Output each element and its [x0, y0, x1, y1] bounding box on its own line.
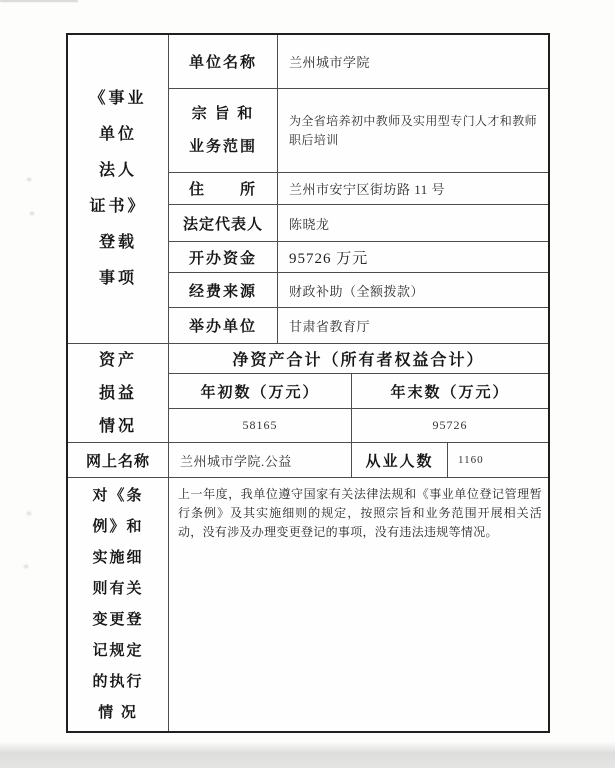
- year-end-value: 95726: [352, 409, 548, 443]
- funding-source-value: 财政补助（全额拨款）: [278, 273, 548, 308]
- purpose-value: 为全省培养初中教师及实用型专门人才和教师职后培训: [278, 89, 548, 173]
- unit-name-label: 单位名称: [169, 35, 278, 89]
- scan-smudge: [27, 512, 31, 515]
- year-end-header: 年末数（万元）: [352, 374, 548, 409]
- sponsor-unit-value: 甘肃省教育厅: [278, 308, 548, 344]
- sponsor-unit-label: 举办单位: [169, 308, 278, 344]
- scan-edge-artifact: [0, 0, 78, 2]
- staff-count-label: 从业人数: [352, 443, 448, 478]
- compliance-statement: 上一年度，我单位遵守国家有关法律法规和《事业单位登记管理暂行条例》及其实施细则的…: [169, 478, 548, 731]
- certificate-section-label: 《事业 单位 法人 证书》 登载 事项: [68, 35, 169, 344]
- unit-name-value: 兰州城市学院: [278, 35, 548, 89]
- scan-smudge: [24, 565, 28, 568]
- year-begin-value: 58165: [169, 409, 352, 443]
- founding-capital-label: 开办资金: [169, 242, 278, 273]
- scan-shadow-bottom: [0, 741, 615, 768]
- legal-representative-label: 法定代表人: [169, 205, 278, 242]
- staff-count-value: 1160: [448, 443, 548, 478]
- net-assets-header: 净资产合计（所有者权益合计）: [169, 344, 548, 374]
- document-page: 《事业 单位 法人 证书》 登载 事项 单位名称 兰州城市学院 宗 旨 和 业务…: [0, 0, 615, 768]
- scan-smudge: [30, 212, 34, 215]
- address-value: 兰州市安宁区街坊路 11 号: [278, 173, 548, 205]
- year-begin-header: 年初数（万元）: [169, 374, 352, 409]
- registration-table: 《事业 单位 法人 证书》 登载 事项 单位名称 兰州城市学院 宗 旨 和 业务…: [66, 33, 550, 733]
- online-name-value: 兰州城市学院.公益: [169, 443, 352, 478]
- legal-representative-value: 陈晓龙: [278, 205, 548, 242]
- assets-section-label: 资产 损益 情况: [68, 344, 169, 443]
- funding-source-label: 经费来源: [169, 273, 278, 308]
- address-label: 住 所: [169, 173, 278, 205]
- regulation-section-label: 对《条 例》和 实施细 则有关 变更登 记规定 的执行 情 况: [68, 478, 169, 731]
- founding-capital-value: 95726 万元: [278, 242, 548, 273]
- scan-smudge: [27, 178, 31, 181]
- online-name-label: 网上名称: [68, 443, 169, 478]
- purpose-label: 宗 旨 和 业务范围: [169, 89, 278, 173]
